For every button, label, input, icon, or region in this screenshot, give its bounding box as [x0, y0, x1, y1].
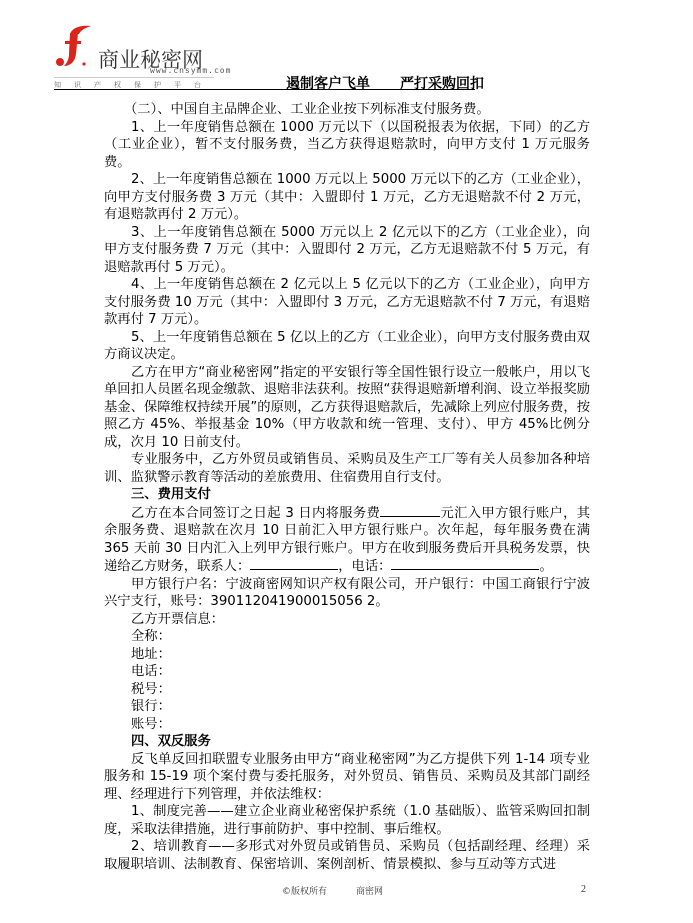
invoice-field-name: 全称： [104, 628, 590, 646]
logo-divider [54, 77, 214, 78]
invoice-field-account: 账号： [104, 716, 590, 734]
payment-text-d: 。 [539, 559, 552, 574]
logo-f-icon [54, 24, 94, 68]
paragraph-payment: 乙方在本合同签订之日起 3 日内将服务费元汇入甲方银行账户，其余服务费、退赔款在… [104, 504, 590, 576]
invoice-title: 乙方开票信息： [104, 611, 590, 629]
paragraph: 3、上一年度销售总额在 5000 万元以上 2 亿元以下的乙方（工业企业），向甲… [104, 224, 590, 277]
paragraph: 1、制度完善——建立企业商业秘密保护系统（1.0 基础版）、监管采购回扣制度，采… [104, 803, 590, 838]
footer-copyright: ©版权所有 [282, 884, 327, 897]
page-number: 2 [581, 884, 586, 895]
paragraph: 2、培训教育——多形式对外贸员或销售员、采购员（包括副经理、经理）采取履职培训、… [104, 838, 590, 873]
paragraph: 4、上一年度销售总额在 2 亿元以上 5 亿元以下的乙方（工业企业），向甲方支付… [104, 276, 590, 329]
paragraph: （二）、中国自主品牌企业、工业企业按下列标准支付服务费。 [104, 101, 590, 119]
document-body: （二）、中国自主品牌企业、工业企业按下列标准支付服务费。 1、上一年度销售总额在… [104, 101, 590, 873]
service-fee-blank[interactable] [380, 504, 440, 517]
invoice-field-bank: 银行： [104, 698, 590, 716]
paragraph: 5、上一年度销售总额在 5 亿以上的乙方（工业企业），向甲方支付服务费由双方商议… [104, 329, 590, 364]
paragraph: 乙方在甲方“商业秘密网”指定的平安银行等全国性银行设立一般帐户，用以飞单回扣人员… [104, 364, 590, 452]
section-heading: 三、费用支付 [104, 486, 590, 504]
logo-url: www.cnsymm.com [150, 66, 231, 75]
paragraph: 2、上一年度销售总额在 1000 万元以上 5000 万元以下的乙方（工业企业）… [104, 171, 590, 224]
invoice-field-address: 地址： [104, 646, 590, 664]
header-divider [54, 89, 475, 90]
paragraph: 反飞单反回扣联盟专业服务由甲方“商业秘密网”为乙方提供下列 1-14 项专业服务… [104, 751, 590, 804]
phone-blank[interactable] [391, 557, 539, 570]
section-heading: 四、双反服务 [104, 733, 590, 751]
footer-site: 商密网 [356, 884, 383, 897]
paragraph: 专业服务中，乙方外贸员或销售员、采购员及生产工厂等有关人员参加各种培训、监狱警示… [104, 451, 590, 486]
invoice-field-phone: 电话： [104, 663, 590, 681]
invoice-field-tax-id: 税号： [104, 681, 590, 699]
payment-text-a: 乙方在本合同签订之日起 3 日内将服务费 [131, 506, 380, 521]
paragraph: 1、上一年度销售总额在 1000 万元以下（以国税报表为依据，下同）的乙方（工业… [104, 119, 590, 172]
header-slogans: 遏制客户飞单严打采购回扣 [286, 73, 484, 93]
contact-blank[interactable] [250, 557, 338, 570]
payment-text-c: ，电话： [338, 559, 391, 574]
site-logo: 商业秘密网 www.cnsymm.com 知识产权保护平台 [54, 24, 214, 86]
paragraph-bank: 甲方银行户名：宁波商密网知识产权有限公司，开户银行：中国工商银行宁波兴宁支行，账… [104, 576, 590, 611]
